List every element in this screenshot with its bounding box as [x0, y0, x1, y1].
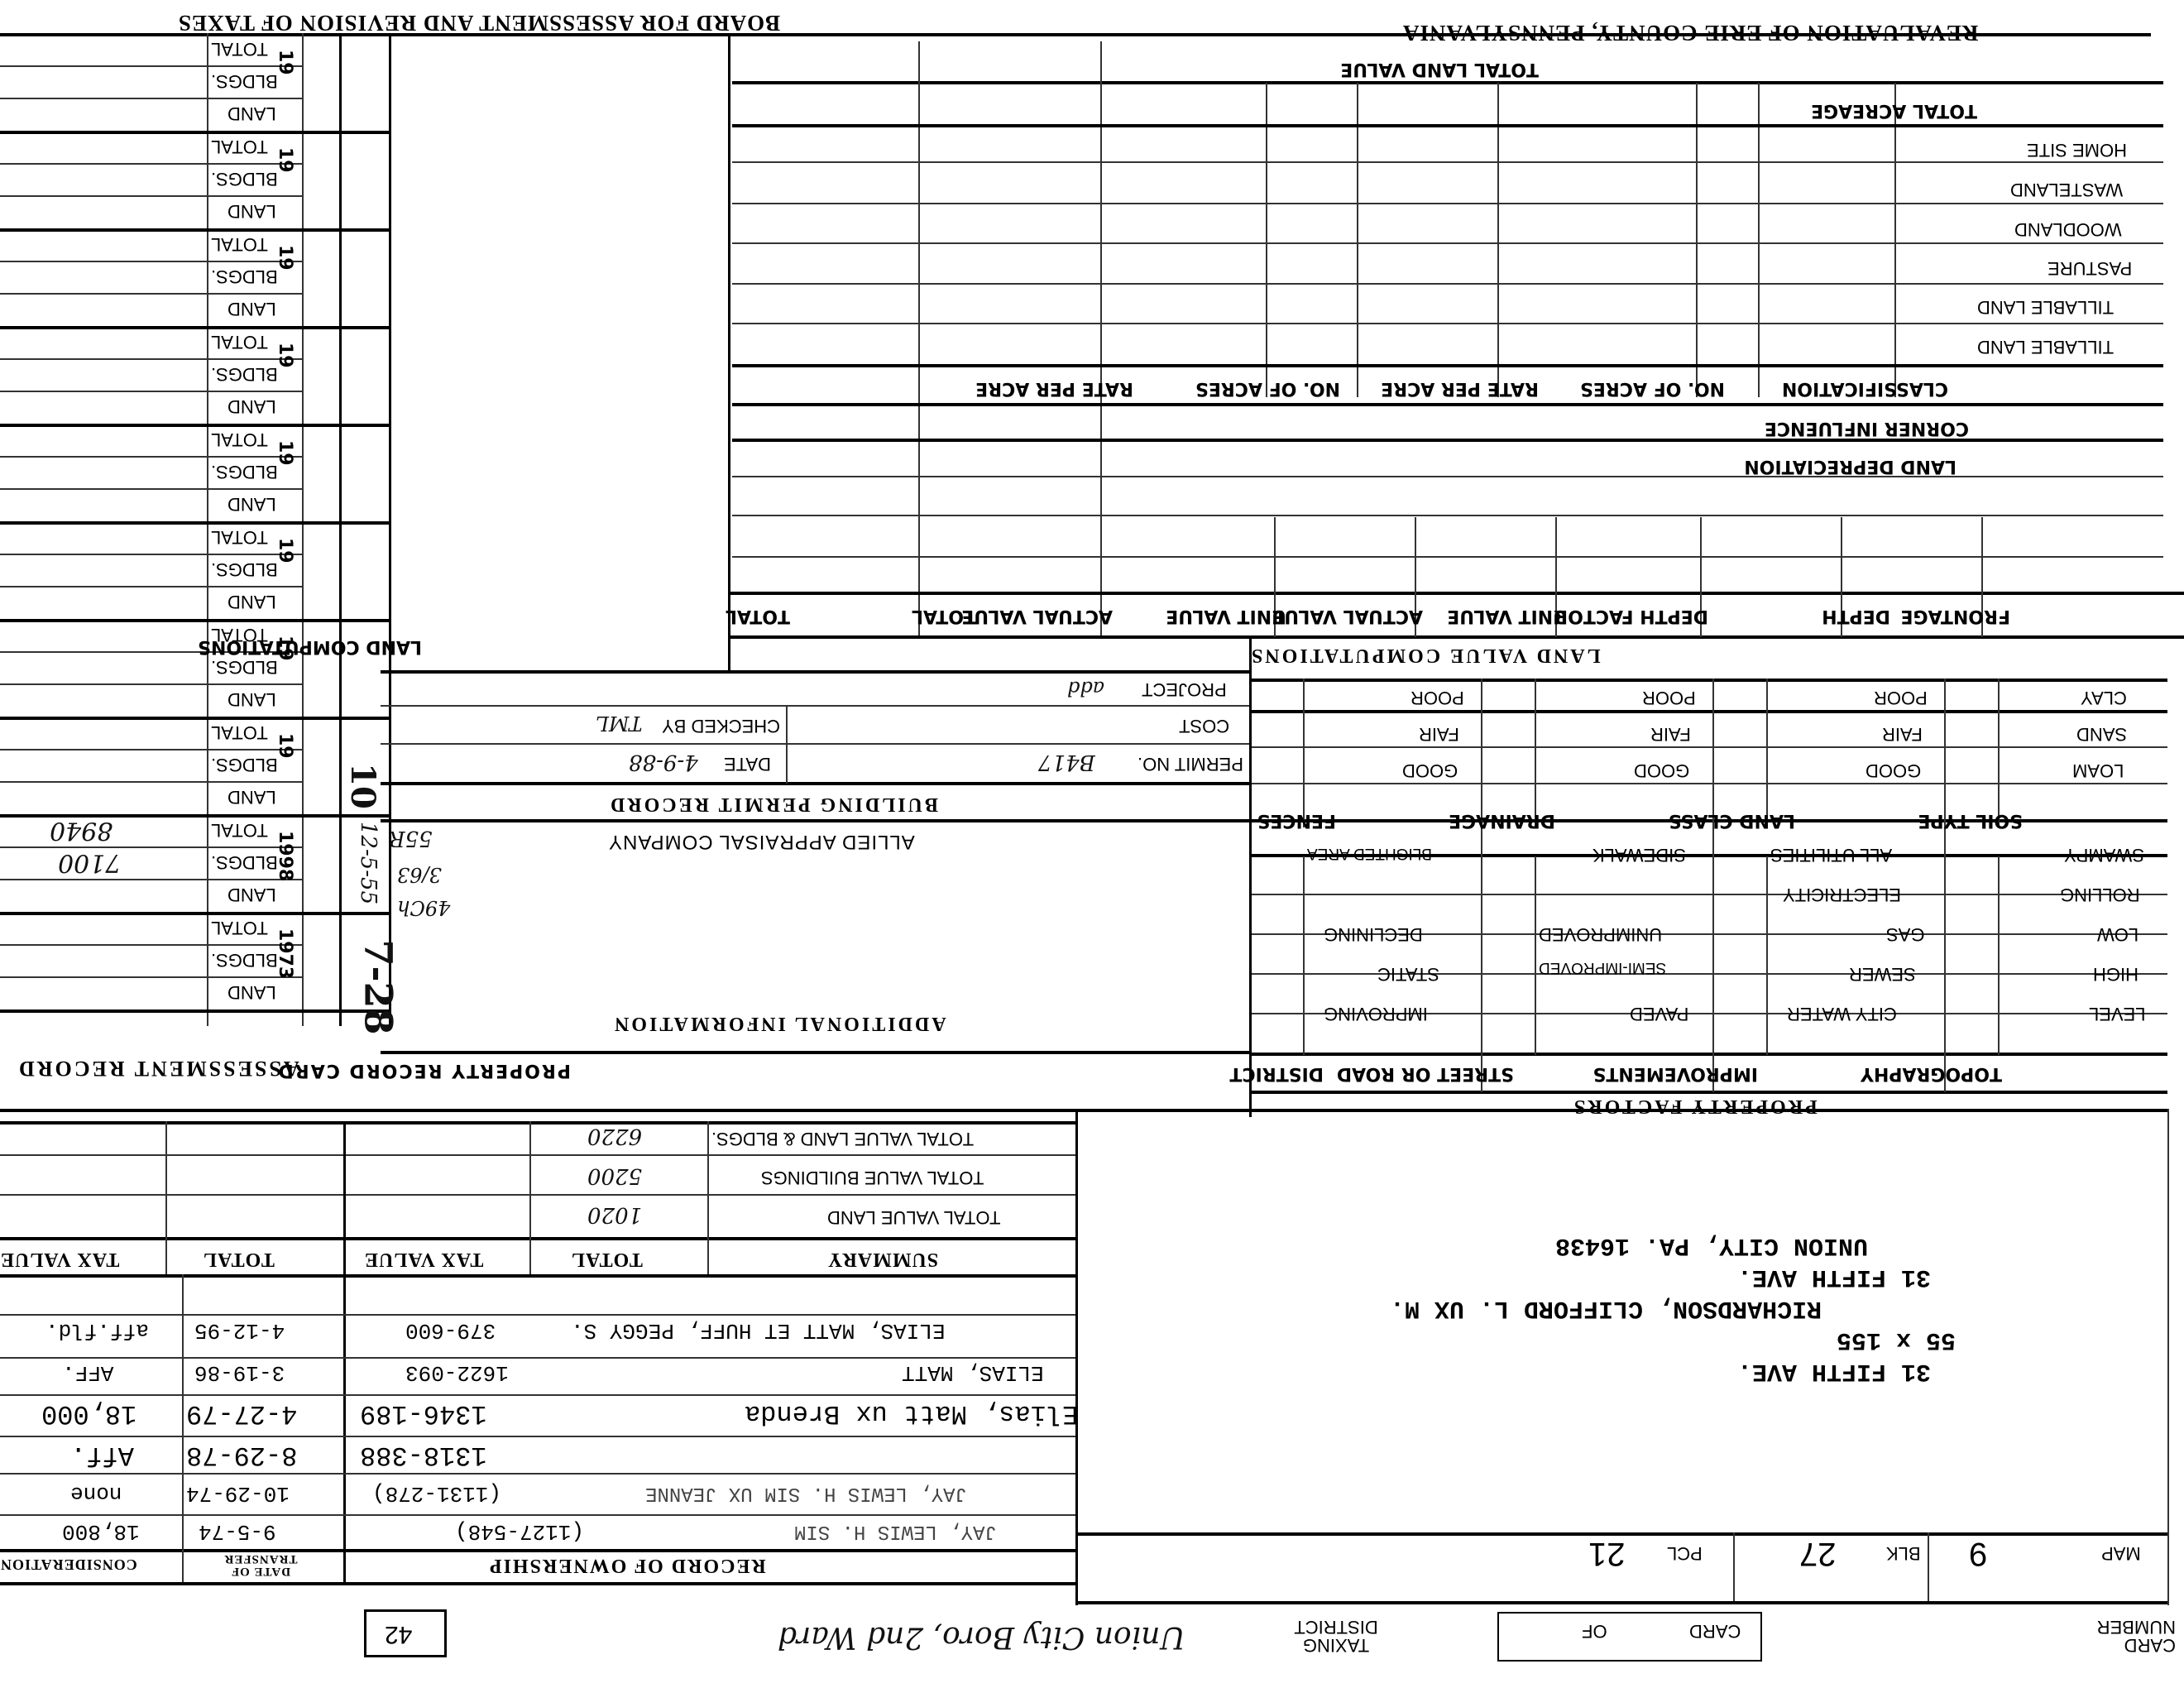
district-blighted-area: BLIGHTED AREA: [1307, 846, 1432, 861]
assessment-bldgs-label: BLDGS.: [211, 463, 278, 481]
assessment-year: 19: [275, 245, 294, 271]
improvements-electricity: ELECTRICITY: [1783, 885, 1901, 904]
side-number-7-28: 7-28: [360, 939, 398, 1034]
total-land-value-label: TOTAL LAND VALUE: [1340, 60, 1539, 78]
additional-information-label: ADDITIONAL INFORMATION: [612, 1014, 946, 1033]
assessment-year: 19: [275, 147, 294, 173]
consideration-header: CONSIDERATION: [0, 1557, 137, 1572]
improvements-sewer: SEWER: [1849, 965, 1916, 983]
additional-note-3: 49Ch: [397, 898, 450, 918]
owner-name: JAY, LEWIS H. SIM: [794, 1521, 997, 1541]
assessment-total-label: TOTAL: [211, 235, 268, 253]
summary-col-tax-value: TAX VALUE: [364, 1249, 483, 1269]
pcl-value: 21: [1588, 1537, 1626, 1571]
deed-book-page: 1318-388: [360, 1441, 487, 1468]
land-class-poor: POOR: [1874, 688, 1928, 707]
classification-home-site: HOME SITE: [2027, 141, 2127, 159]
address-line: RICHARDSON, CLIFFORD L. UX M.: [1390, 1296, 1822, 1321]
unit-value-header-2: UNIT VALUE: [1166, 607, 1286, 625]
property-factors-title: PROPERTY FACTORS: [1572, 1096, 1818, 1116]
improvements-header: IMPROVEMENTS: [1593, 1064, 1759, 1082]
card-number-label: CARD NUMBER: [2093, 1618, 2176, 1654]
address-line: 31 FIFTH AVE.: [1737, 1359, 1931, 1383]
street-or-road-header: STREET OR ROAD: [1337, 1064, 1514, 1082]
taxing-district-label: TAXING DISTRICT: [1291, 1618, 1382, 1654]
assessment-record-title: ASSESSMENT RECORD: [17, 1057, 299, 1079]
summary-col-total-2: TOTAL: [203, 1249, 275, 1269]
owner-name: Elias, Matt ux Brenda: [745, 1400, 1078, 1427]
assessment-land-label: LAND: [227, 300, 276, 318]
topography-high: HIGH: [2093, 965, 2138, 983]
project-value: add: [1067, 679, 1104, 698]
depth-header: DEPTH: [1822, 607, 1890, 625]
land-class-good: GOOD: [1865, 761, 1921, 779]
corner-influence-label: CORNER INFLUENCE: [1765, 419, 1969, 437]
card-of-label: OF: [1582, 1622, 1607, 1640]
topography-rolling: ROLLING: [2060, 885, 2140, 904]
assessment-bldgs-label: BLDGS.: [211, 365, 278, 383]
assessment-bldgs-label: BLDGS.: [211, 658, 278, 676]
assessment-year: 1998: [275, 831, 294, 881]
side-number-date: 12-5-55: [357, 822, 379, 904]
street-paved: PAVED: [1630, 1005, 1688, 1023]
owner-name: ELIAS, MATT: [902, 1362, 1044, 1383]
drainage-fair: FAIR: [1650, 725, 1691, 743]
no-of-acres-header-2: NO. OF ACRES: [1195, 379, 1340, 397]
frontage-header: FRONTAGE: [1901, 607, 2011, 625]
assessment-bldgs-label: BLDGS.: [211, 853, 278, 871]
district-improving: IMPROVING: [1324, 1005, 1428, 1023]
fences-poor: POOR: [1410, 688, 1464, 707]
blk-label: BLK: [1886, 1544, 1921, 1562]
assessment-total-label: TOTAL: [211, 40, 268, 58]
topography-header: TOPOGRAPHY: [1861, 1064, 2002, 1082]
drainage-good: GOOD: [1634, 761, 1689, 779]
consideration: 18,000: [41, 1400, 136, 1427]
transfer-date: 4-12-95: [194, 1320, 285, 1341]
date-value: 4-9-88: [629, 751, 698, 773]
summary-title: SUMMARY: [827, 1249, 938, 1269]
deed-book-page: (1131-278): [372, 1483, 501, 1504]
assessment-total-label: TOTAL: [211, 528, 268, 546]
assessment-bldgs-label: BLDGS.: [211, 755, 278, 774]
consideration: aff.fld.: [45, 1320, 149, 1341]
actual-value-header-1: ACTUAL VALUE: [1272, 607, 1423, 625]
drainage-poor: POOR: [1642, 688, 1696, 707]
summary-col-total: TOTAL: [571, 1249, 643, 1269]
transfer-date: 10-29-74: [186, 1483, 290, 1504]
owner-name: JAY, LEWIS H. SIM UX JEANNE: [645, 1483, 967, 1503]
assessment-land-label: LAND: [227, 788, 276, 806]
assessment-total-label: TOTAL: [211, 430, 268, 448]
classification-tillable-land-2: TILLABLE LAND: [1977, 338, 2114, 356]
assessment-land-label: LAND: [227, 397, 276, 415]
land-depreciation-label: LAND DEPRECIATION: [1744, 457, 1956, 475]
classification-wasteland: WASTELAND: [2010, 180, 2123, 199]
classification-total-acreage: TOTAL ACREAGE: [1811, 101, 1977, 119]
assessment-year: 19: [275, 538, 294, 563]
assessment-year: 19: [275, 343, 294, 368]
owner-name: ELIAS, MATT ET HUFF, PEGGY S.: [571, 1320, 945, 1341]
record-of-ownership-title: RECORD OF OWNERSHIP: [488, 1556, 766, 1575]
assessment-land-label: LAND: [227, 592, 276, 611]
summary-col-tax-value-2: TAX VALUE: [0, 1249, 119, 1269]
reference-box-number: 42: [385, 1622, 412, 1647]
improvements-city-water: CITY WATER: [1787, 1005, 1897, 1023]
district-static: STATIC: [1377, 965, 1439, 983]
assessment-year: 19: [275, 50, 294, 75]
assessment-bldgs-label: BLDGS.: [211, 560, 278, 578]
summary-row-land-label: TOTAL VALUE LAND: [827, 1208, 1000, 1226]
checked-by-value: TML: [596, 713, 643, 733]
assessment-land-label: LAND: [227, 202, 276, 220]
assessment-year: 1973: [275, 928, 294, 979]
cost-label: COST: [1179, 717, 1229, 735]
classification-pasture: PASTURE: [2047, 259, 2132, 277]
project-label: PROJECT: [1142, 680, 1227, 698]
card-label: CARD: [1689, 1622, 1741, 1640]
unit-value-header-1: UNIT VALUE: [1447, 607, 1568, 625]
property-record-card-title: PROPERTY RECORD CARD: [276, 1061, 571, 1079]
transfer-date: 4-27-79: [186, 1400, 297, 1427]
assessment-bldgs-label: BLDGS.: [211, 267, 278, 285]
transfer-date: 8-29-78: [186, 1441, 297, 1468]
improvements-gas: GAS: [1886, 925, 1924, 943]
improvements-all-utilities: ALL UTILITIES: [1770, 846, 1892, 864]
blk-value: 27: [1799, 1537, 1837, 1571]
additional-note-2: 3/63: [397, 865, 442, 885]
side-number-10: 10: [346, 763, 379, 809]
assessment-total-label: TOTAL: [211, 723, 268, 741]
map-value: 9: [1969, 1537, 1987, 1571]
permit-no-label: PERMIT NO.: [1137, 755, 1243, 773]
board-title: BOARD FOR ASSESSMENT AND REVISION OF TAX…: [178, 12, 780, 34]
land-value-computations-title: LAND VALUE COMPUTATIONS: [1249, 645, 1601, 665]
fences-fair: FAIR: [1419, 725, 1459, 743]
rate-per-acre-header-2: RATE PER ACRE: [975, 379, 1133, 397]
soil-loam: LOAM: [2072, 761, 2124, 779]
date-label: DATE: [724, 755, 771, 773]
summary-row-buildings-label: TOTAL VALUE BUILDINGS: [761, 1168, 984, 1187]
deed-book-page: 1622-093: [405, 1362, 509, 1383]
assessment-bldgs-value: 7100: [58, 850, 121, 875]
district-declining: DECLINING: [1324, 925, 1423, 943]
rate-per-acre-header-1: RATE PER ACRE: [1381, 379, 1539, 397]
deed-book-page: 379-600: [405, 1320, 496, 1341]
assessment-total-label: TOTAL: [211, 918, 268, 937]
assessment-land-label: LAND: [227, 885, 276, 904]
additional-note-1: 55R: [389, 827, 433, 849]
street-semi-improved: SEMI-IMPROVED: [1539, 960, 1666, 976]
address-line: 55 x 155: [1837, 1327, 1956, 1352]
summary-row-land-total: 1020: [587, 1204, 642, 1225]
street-unimproved: UNIMPROVED: [1539, 925, 1662, 943]
summary-row-land-bldgs-label: TOTAL VALUE LAND & BLDGS.: [711, 1129, 974, 1148]
assessment-bldgs-label: BLDGS.: [211, 951, 278, 969]
fences-header: FENCES: [1257, 811, 1337, 829]
address-line: 31 FIFTH AVE.: [1737, 1264, 1931, 1289]
deed-book-page: (1127-548): [455, 1521, 584, 1542]
reference-box: 42: [364, 1609, 447, 1657]
address-line: UNION CITY, PA. 16438: [1555, 1233, 1868, 1258]
summary-row-land-bldgs-total: 6220: [587, 1125, 642, 1147]
permit-no-value: B417: [1038, 751, 1095, 773]
card-of-box: CARD OF: [1497, 1612, 1762, 1662]
topography-swampy: SWAMPY: [2064, 846, 2144, 864]
assessment-land-label: LAND: [227, 495, 276, 513]
street-sidewalk: SIDEWALK: [1592, 846, 1686, 864]
consideration: 18,800: [62, 1521, 140, 1542]
consideration: Aff.: [70, 1441, 134, 1468]
date-of-transfer-header: DATE OF TRANSFER: [194, 1552, 327, 1577]
soil-clay: CLAY: [2081, 688, 2127, 707]
topography-level: LEVEL: [2089, 1005, 2146, 1023]
assessment-land-label: LAND: [227, 690, 276, 708]
classification-tillable-land-1: TILLABLE LAND: [1977, 298, 2114, 316]
assessment-land-label: LAND: [227, 104, 276, 122]
actual-value-header-2: ACTUAL VALUE: [961, 607, 1113, 625]
total-header-a: TOTAL: [726, 607, 790, 625]
land-computations-title: LAND COMPUTATIONS: [198, 637, 422, 655]
no-of-acres-header-1: NO. OF ACRES: [1580, 379, 1725, 397]
classification-woodland: WOODLAND: [2014, 220, 2122, 238]
consideration: AFF.: [62, 1362, 113, 1383]
assessment-year: 19: [275, 440, 294, 466]
pcl-label: PCL: [1667, 1544, 1703, 1562]
assessment-total-value: 8940: [50, 818, 113, 842]
consideration: none: [70, 1483, 122, 1504]
assessment-year: 19: [275, 733, 294, 759]
fences-good: GOOD: [1402, 761, 1458, 779]
assessment-total-label: TOTAL: [211, 821, 268, 839]
deed-book-page: 1346-189: [360, 1400, 487, 1427]
assessment-bldgs-label: BLDGS.: [211, 170, 278, 188]
assessment-total-label: TOTAL: [211, 333, 268, 351]
summary-row-buildings-total: 5200: [587, 1165, 642, 1187]
building-permit-record-title: BUILDING PERMIT RECORD: [608, 794, 938, 814]
land-class-header: LAND CLASS: [1669, 811, 1795, 829]
topography-low: LOW: [2097, 925, 2138, 943]
assessment-bldgs-label: BLDGS.: [211, 72, 278, 90]
appraisal-company: ALLIED APPRAISAL COMPANY: [608, 832, 915, 851]
district-header: DISTRICT: [1229, 1064, 1324, 1082]
soil-sand: SAND: [2076, 725, 2127, 743]
classification-header: CLASSIFICATION: [1782, 379, 1948, 397]
taxing-district-value: Union City Boro, 2nd Ward: [778, 1622, 1185, 1652]
depth-factor-header: DEPTH FACTOR: [1554, 607, 1708, 625]
transfer-date: 9-5-74: [199, 1521, 276, 1542]
land-class-fair: FAIR: [1882, 725, 1923, 743]
assessment-total-label: TOTAL: [211, 137, 268, 156]
transfer-date: 3-19-86: [194, 1362, 285, 1383]
map-label: MAP: [2101, 1544, 2141, 1562]
assessment-land-label: LAND: [227, 983, 276, 1001]
checked-by-label: CHECKED BY: [662, 717, 780, 735]
soil-type-header: SOIL TYPE: [1918, 811, 2024, 829]
drainage-header: DRAINAGE: [1449, 811, 1555, 829]
